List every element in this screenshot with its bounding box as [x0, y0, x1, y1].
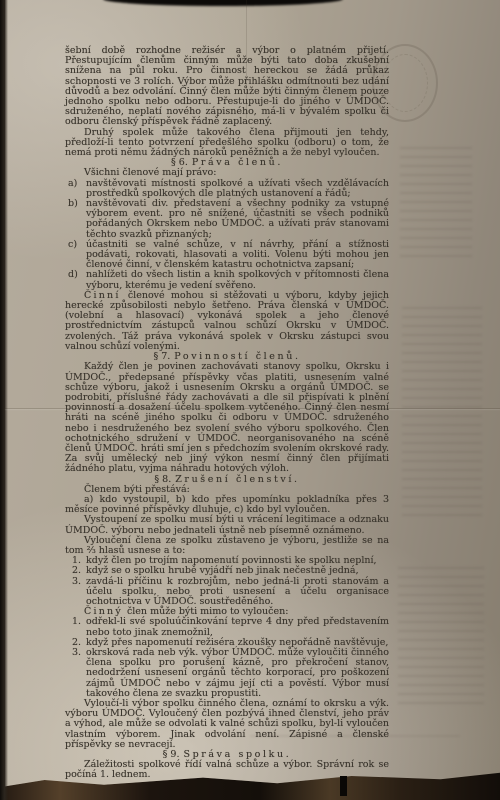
paragraph: Každý člen je povinen zachovávati stanov… — [65, 362, 389, 474]
list-item-label: 1. — [72, 617, 81, 627]
paragraph: a) kdo vystoupil, b) kdo přes upomínku p… — [65, 495, 389, 515]
paragraph: Vyloučení člena ze spolku zůstaveno je v… — [65, 536, 389, 556]
paragraph-text: Vystoupení ze spolku musí býti u vrácení… — [65, 514, 389, 535]
paragraph: Vyloučí-li výbor spolku činného člena, o… — [65, 699, 389, 750]
list-item-text: zavdá-li příčinu k rozbrojům, nebo jedná… — [86, 576, 389, 607]
list-item: 3.zavdá-li příčinu k rozbrojům, nebo jed… — [65, 577, 389, 608]
paragraph-text: Vyloučí-li výbor spolku činného člena, o… — [65, 698, 389, 750]
list-item-text: nahlížeti do všech listin a knih spolkov… — [86, 269, 389, 290]
list-item: b)navštěvovati div. představení a všechn… — [65, 199, 389, 240]
list-item-label: a) — [68, 179, 77, 189]
scanned-document-photo: šební době rozhodne režisér a výbor o pl… — [0, 0, 500, 800]
paragraph-text: členové mohou si stěžovati u výboru, kdy… — [65, 290, 389, 352]
list-item: 3.okrsková rada neb výk. výbor ÚMDOČ. mů… — [65, 648, 389, 699]
show-through-text-top-right — [400, 140, 472, 260]
document-text: šební době rozhodne režisér a výbor o pl… — [65, 46, 389, 781]
list-item-label: c) — [68, 240, 77, 250]
paragraph: Záležitosti spolkové řídí valná schůze a… — [65, 760, 389, 780]
list-item-text: navštěvovati místnosti spolkové a užívat… — [86, 178, 389, 199]
paragraph-text: šební době rozhodne režisér a výbor o pl… — [65, 45, 389, 127]
list-item-label: d) — [68, 270, 78, 280]
paragraph: Druhý spolek může takového člena přijmou… — [65, 128, 389, 159]
section-title: Zrušení členství. — [175, 474, 299, 485]
paragraph: šební době rozhodne režisér a výbor o pl… — [65, 46, 389, 128]
show-through-text-middle-right — [402, 300, 482, 520]
paragraph-text: Záležitosti spolkové řídí valná schůze a… — [65, 759, 389, 780]
show-through-text-bottom-right — [398, 560, 484, 710]
paragraph-text: Vyloučení člena ze spolku zůstaveno je v… — [65, 535, 389, 556]
paragraph-text: Každý člen je povinen zachovávati stanov… — [65, 361, 389, 474]
paragraph-text: a) kdo vystoupil, b) kdo přes upomínku p… — [65, 494, 389, 515]
list-item-label: 3. — [72, 577, 81, 587]
list-item: c)účastniti se valné schůze, v ní návrhy… — [65, 240, 389, 271]
left-page-edge — [0, 0, 8, 800]
list-item-text: navštěvovati div. představení a všechny … — [86, 198, 389, 240]
paragraph: Činní členové mohou si stěžovati u výbor… — [65, 291, 389, 352]
list-item: 1.odřekl-li své spoluúčinkování teprve 4… — [65, 617, 389, 637]
list-item-label: b) — [68, 199, 78, 209]
list-item-text: okrsková rada neb výk. výbor ÚMDOČ. může… — [86, 647, 389, 699]
list-item: d)nahlížeti do všech listin a knih spolk… — [65, 270, 389, 290]
paragraph: Vystoupení ze spolku musí býti u vrácení… — [65, 515, 389, 535]
list-item-text: účastniti se valné schůze, v ní návrhy, … — [86, 239, 389, 270]
paragraph-text: Druhý spolek může takového člena přijmou… — [65, 127, 389, 158]
list-item-label: 3. — [72, 648, 81, 658]
list-item: a)navštěvovati místnosti spolkové a užív… — [65, 179, 389, 199]
list-item-text: odřekl-li své spoluúčinkování teprve 4 d… — [86, 616, 389, 637]
